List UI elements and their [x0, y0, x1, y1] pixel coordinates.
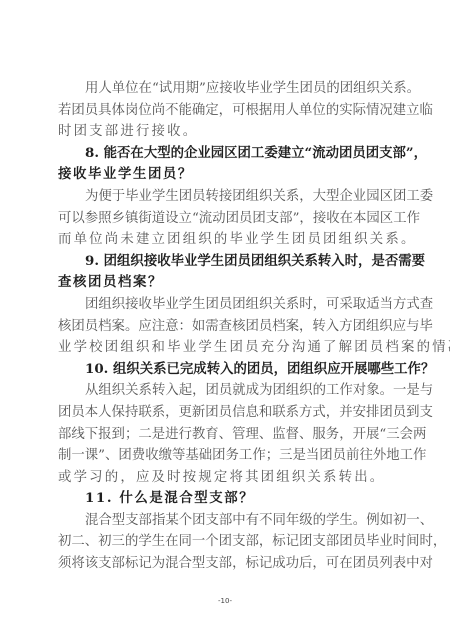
document-page: 用人单位在“试用期”应接收毕业学生团员的团组织关系。 若团员具体岗位尚不能确定，…	[58, 78, 420, 575]
question-heading-10: 10. 组织关系已完成转入的团员，团组织应开展哪些工作？	[58, 359, 420, 381]
paragraph-line: 若团员具体岗位尚不能确定，可根据用人单位的实际情况建立临	[58, 100, 420, 122]
paragraph-line: 为便于毕业学生团员转接团组织关系，大型企业园区团工委	[58, 186, 420, 208]
paragraph-line: 从组织关系转入起，团员就成为团组织的工作对象。一是与	[58, 380, 420, 402]
paragraph-line: 业学校团组织和毕业学生团员充分沟通了解团员档案的情况。	[58, 337, 420, 359]
paragraph-line: 初二、初三的学生在同一个团支部，标记团支部团员毕业时间时，	[58, 531, 420, 553]
page-number: -10-	[0, 597, 450, 605]
paragraph-line: 团组织接收毕业学生团员团组织关系时，可采取适当方式查	[58, 294, 420, 316]
question-heading-8: 8. 能否在大型的企业园区团工委建立“流动团员团支部”，	[58, 143, 420, 165]
question-heading-9: 9. 团组织接收毕业学生团员团组织关系转入时，是否需要	[58, 251, 420, 273]
paragraph-line: 时团支部进行接收。	[58, 121, 420, 143]
paragraph-line: 核团员档案。应注意：如需查核团员档案，转入方团组织应与毕	[58, 316, 420, 338]
question-heading-9-cont: 查核团员档案？	[58, 272, 420, 294]
paragraph-line: 须将该支部标记为混合型支部，标记成功后，可在团员列表中对	[58, 553, 420, 575]
paragraph-line: 混合型支部指某个团支部中有不同年级的学生。例如初一、	[58, 510, 420, 532]
question-heading-8-cont: 接收毕业学生团员？	[58, 164, 420, 186]
paragraph-line: 或学习的，应及时按规定将其团组织关系转出。	[58, 467, 420, 489]
paragraph-line: 用人单位在“试用期”应接收毕业学生团员的团组织关系。	[58, 78, 420, 100]
question-heading-11: 11. 什么是混合型支部？	[58, 488, 420, 510]
paragraph-line: 可以参照乡镇街道设立“流动团员团支部”，接收在本园区工作	[58, 208, 420, 230]
paragraph-line: 团员本人保持联系，更新团员信息和联系方式，并安排团员到支	[58, 402, 420, 424]
paragraph-line: 而单位尚未建立团组织的毕业学生团员团组织关系。	[58, 229, 420, 251]
paragraph-line: 部线下报到；二是进行教育、管理、监督、服务，开展“三会两	[58, 424, 420, 446]
paragraph-line: 制一课”、团费收缴等基础团务工作；三是当团员前往外地工作	[58, 445, 420, 467]
